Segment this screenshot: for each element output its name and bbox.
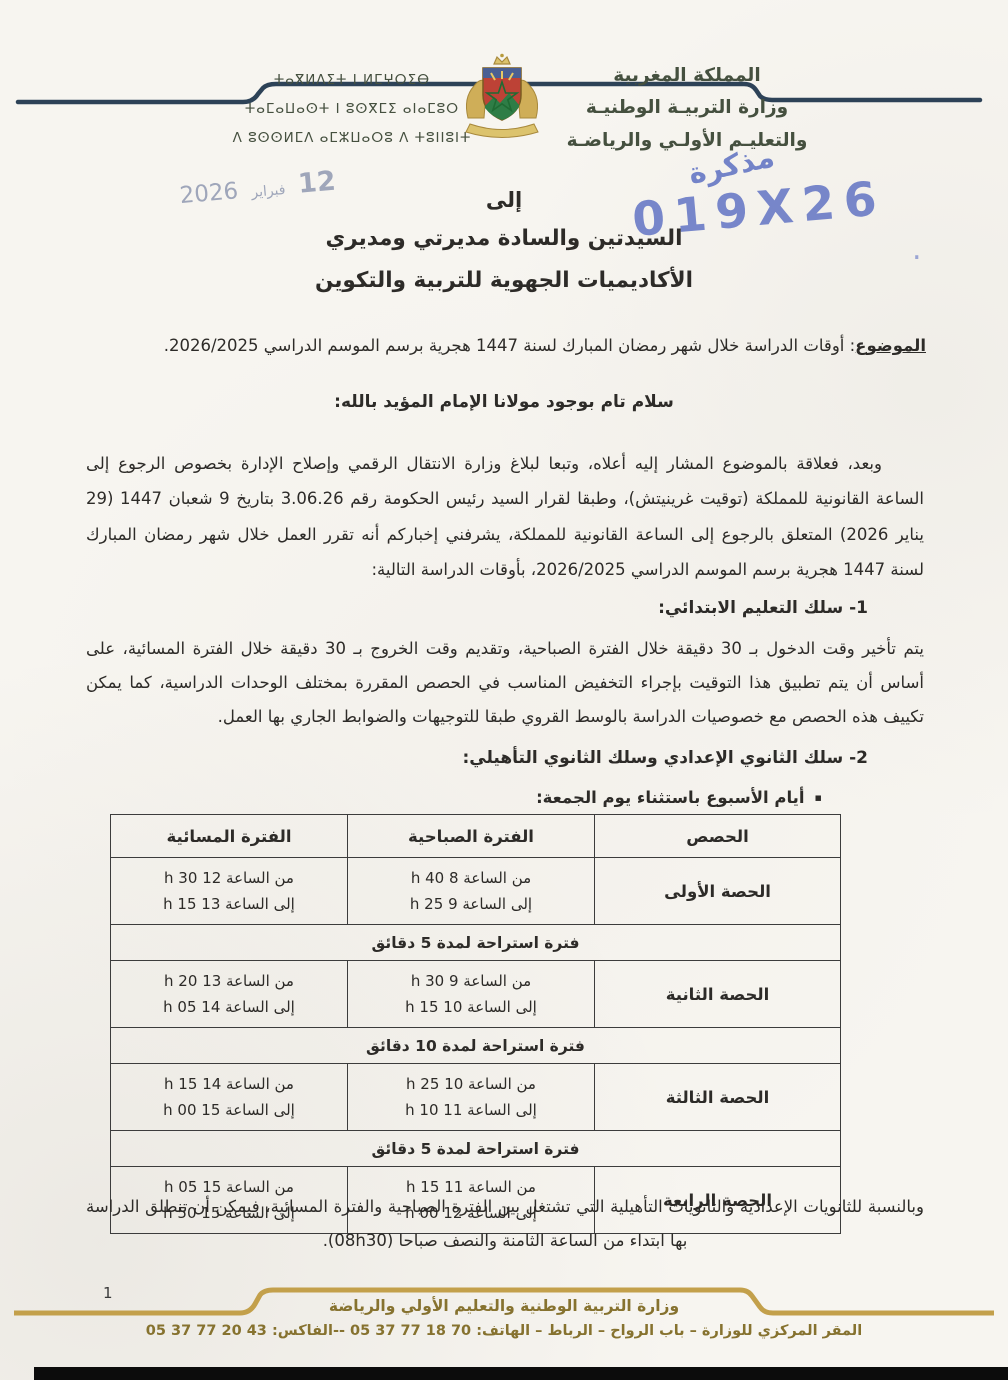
coat-of-arms-icon [452,52,552,148]
table-row: الحصة الأولى من الساعة 8 h 40 إلى الساعة… [111,858,841,925]
session-name-cell: الحصة الأولى [595,858,841,925]
time-from: من الساعة 9 h 30 [348,968,594,994]
time-from: من الساعة 12 h 30 [111,865,347,891]
intro-paragraph: وبعد، فعلاقة بالموضوع المشار إليه أعلاه،… [86,446,924,588]
ministry-title-line: وزارة التربيـة الوطنيـة [552,92,822,124]
footer-address: المقر المركزي للوزارة – باب الرواح – الر… [0,1323,1008,1339]
bullet-text: أيام الأسبوع باستثناء يوم الجمعة: [536,788,804,807]
time-from: من الساعة 13 h 20 [111,968,347,994]
table-header-row: الحصص الفترة الصباحية الفترة المسائية [111,815,841,858]
time-to: إلى الساعة 13 h 15 [111,891,347,917]
column-header-sessions: الحصص [595,815,841,858]
document-page: ⵜⴰⴳⵍⴷⵉⵜ ⵏ ⵍⵎⵖⵔⵉⴱ ⵜⴰⵎⴰⵡⴰⵙⵜ ⵏ ⵓⵙⴳⵎⵉ ⴰⵏⴰⵎⵓⵔ… [0,0,1008,1380]
subject-line: الموضوع: أوقات الدراسة خلال شهر رمضان ال… [84,330,926,361]
column-header-morning: الفترة الصباحية [348,815,595,858]
morning-time-cell: من الساعة 10 h 25 إلى الساعة 11 h 10 [348,1064,595,1131]
morning-time-cell: من الساعة 9 h 30 إلى الساعة 10 h 15 [348,961,595,1028]
greeting-line: سلام تام بوجود مولانا الإمام المؤيد بالل… [0,392,1008,412]
tifinagh-line: ⵜⴰⴳⵍⴷⵉⵜ ⵏ ⵍⵎⵖⵔⵉⴱ [232,66,472,95]
session-name-cell: الحصة الثانية [595,961,841,1028]
tifinagh-line: ⴷ ⵓⵙⵙⵍⵎⴷ ⴰⵎⵣⵡⴰⵔⵓ ⴷ ⵜⵓⵏⵏⵓⵏⵜ [232,124,472,153]
table-row: الحصة الثالثة من الساعة 10 h 25 إلى السا… [111,1064,841,1131]
kingdom-title: المملكة المغربية [552,60,822,92]
break-row: فترة استراحة لمدة 5 دقائق [111,925,841,961]
footer-phone: 05 37 77 18 70 [350,1323,471,1339]
footer-address-text: المقر المركزي للوزارة – باب الرواح – الر… [471,1323,862,1339]
addressee-line: الأكاديميات الجهوية للتربية والتكوين [0,268,1008,293]
time-to: إلى الساعة 10 h 15 [348,994,594,1020]
evening-time-cell: من الساعة 14 h 15 إلى الساعة 15 h 00 [111,1064,348,1131]
addressee-line: السيدتين والسادة مديرتي ومديري [0,226,1008,251]
section1-paragraph: يتم تأخير وقت الدخول بـ 30 دقيقة خلال ال… [86,632,924,733]
subject-text: : أوقات الدراسة خلال شهر رمضان المبارك ل… [164,336,855,355]
morning-time-cell: من الساعة 8 h 40 إلى الساعة 9 h 25 [348,858,595,925]
addressee-to: إلى [0,188,1008,212]
break-label-cell: فترة استراحة لمدة 5 دقائق [111,925,841,961]
footer-fax-label: --الفاكس: [267,1323,350,1339]
section1-title: 1- سلك التعليم الابتدائي: [658,598,868,618]
break-label-cell: فترة استراحة لمدة 10 دقائق [111,1028,841,1064]
ministry-title-line: والتعليـم الأولـي والرياضـة [552,125,822,157]
square-bullet-icon: ▪ [815,791,822,804]
evening-time-cell: من الساعة 13 h 20 إلى الساعة 14 h 05 [111,961,348,1028]
time-from: من الساعة 10 h 25 [348,1071,594,1097]
break-label-cell: فترة استراحة لمدة 5 دقائق [111,1131,841,1167]
break-row: فترة استراحة لمدة 10 دقائق [111,1028,841,1064]
time-from: من الساعة 8 h 40 [348,865,594,891]
time-to: إلى الساعة 14 h 05 [111,994,347,1020]
time-to: إلى الساعة 15 h 00 [111,1097,347,1123]
header-tifinagh: ⵜⴰⴳⵍⴷⵉⵜ ⵏ ⵍⵎⵖⵔⵉⴱ ⵜⴰⵎⴰⵡⴰⵙⵜ ⵏ ⵓⵙⴳⵎⵉ ⴰⵏⴰⵎⵓⵔ… [232,66,472,153]
column-header-evening: الفترة المسائية [111,815,348,858]
closing-paragraph: وبالنسبة للثانويات الإعدادية والثانويات … [86,1190,924,1258]
schedule-table: الحصص الفترة الصباحية الفترة المسائية ال… [110,814,841,1234]
time-from: من الساعة 14 h 15 [111,1071,347,1097]
bullet-line: ▪أيام الأسبوع باستثناء يوم الجمعة: [536,788,822,807]
subject-label: الموضوع [855,336,926,355]
time-to: إلى الساعة 11 h 10 [348,1097,594,1123]
section2-title: 2- سلك الثانوي الإعدادي وسلك الثانوي الت… [462,748,868,768]
session-name-cell: الحصة الثالثة [595,1064,841,1131]
table-row: الحصة الثانية من الساعة 9 h 30 إلى الساع… [111,961,841,1028]
evening-time-cell: من الساعة 12 h 30 إلى الساعة 13 h 15 [111,858,348,925]
time-to: إلى الساعة 9 h 25 [348,891,594,917]
scan-edge-strip [34,1367,1008,1380]
header-arabic: المملكة المغربية وزارة التربيـة الوطنيـة… [552,60,822,157]
footer-fax: 05 37 77 20 43 [146,1323,267,1339]
tifinagh-line: ⵜⴰⵎⴰⵡⴰⵙⵜ ⵏ ⵓⵙⴳⵎⵉ ⴰⵏⴰⵎⵓⵔ [232,95,472,124]
footer-ministry: وزارة التربية الوطنية والتعليم الأولي وا… [0,1297,1008,1315]
break-row: فترة استراحة لمدة 5 دقائق [111,1131,841,1167]
